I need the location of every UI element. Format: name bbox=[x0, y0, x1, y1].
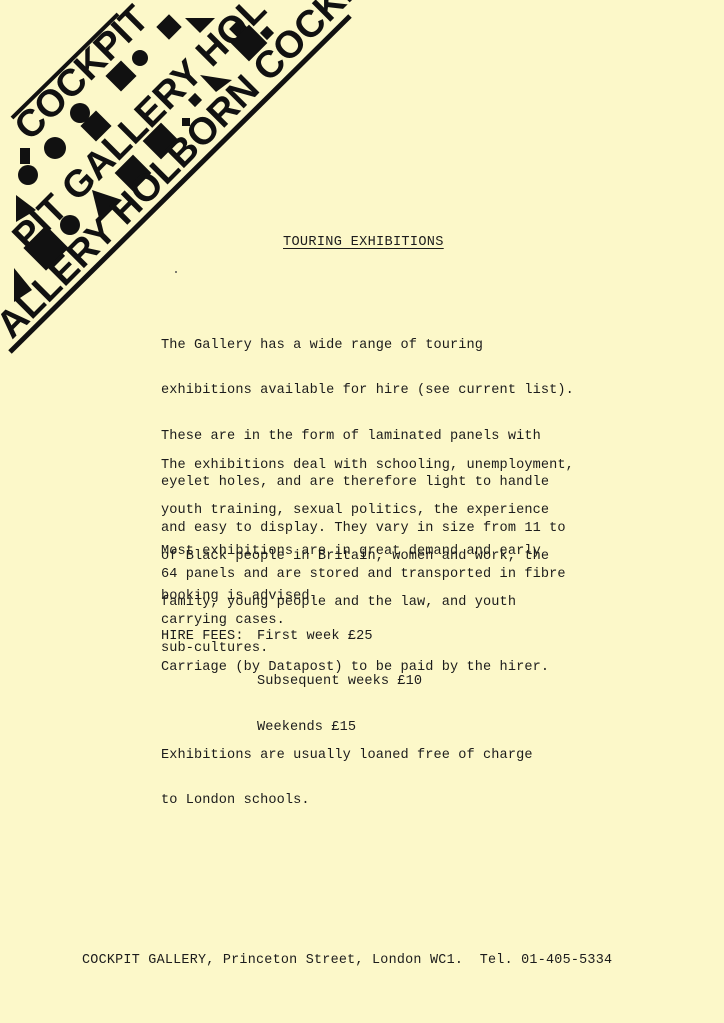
document-page: COCKPIT PIT GALLERY HOL bbox=[0, 0, 724, 1023]
text-line: exhibitions available for hire (see curr… bbox=[161, 383, 574, 398]
hire-fee-row: Subsequent weeks £10 bbox=[161, 674, 422, 689]
text-line: Most exhibitions are in great demand and… bbox=[161, 544, 541, 559]
text-line: Exhibitions are usually loaned free of c… bbox=[161, 748, 533, 763]
cockpit-gallery-logo: COCKPIT PIT GALLERY HOL bbox=[0, 0, 360, 360]
page-title: TOURING EXHIBITIONS bbox=[283, 235, 444, 250]
text-line: The exhibitions deal with schooling, une… bbox=[161, 458, 574, 473]
speck bbox=[175, 271, 177, 273]
text-line: The Gallery has a wide range of touring bbox=[161, 338, 574, 353]
paragraph-schools: Exhibitions are usually loaned free of c… bbox=[161, 717, 533, 839]
hire-fee-first-week: First week £25 bbox=[257, 629, 373, 644]
hire-fee-row: HIRE FEES: First week £25 bbox=[161, 629, 422, 644]
logo-graphic: COCKPIT PIT GALLERY HOL bbox=[0, 0, 360, 360]
hire-fees-label: HIRE FEES: bbox=[161, 629, 257, 644]
text-line: to London schools. bbox=[161, 793, 533, 808]
footer-address: COCKPIT GALLERY, Princeton Street, Londo… bbox=[82, 953, 612, 968]
hire-fee-subsequent-weeks: Subsequent weeks £10 bbox=[257, 674, 422, 689]
paragraph-carriage: Carriage (by Datapost) to be paid by the… bbox=[161, 660, 549, 675]
